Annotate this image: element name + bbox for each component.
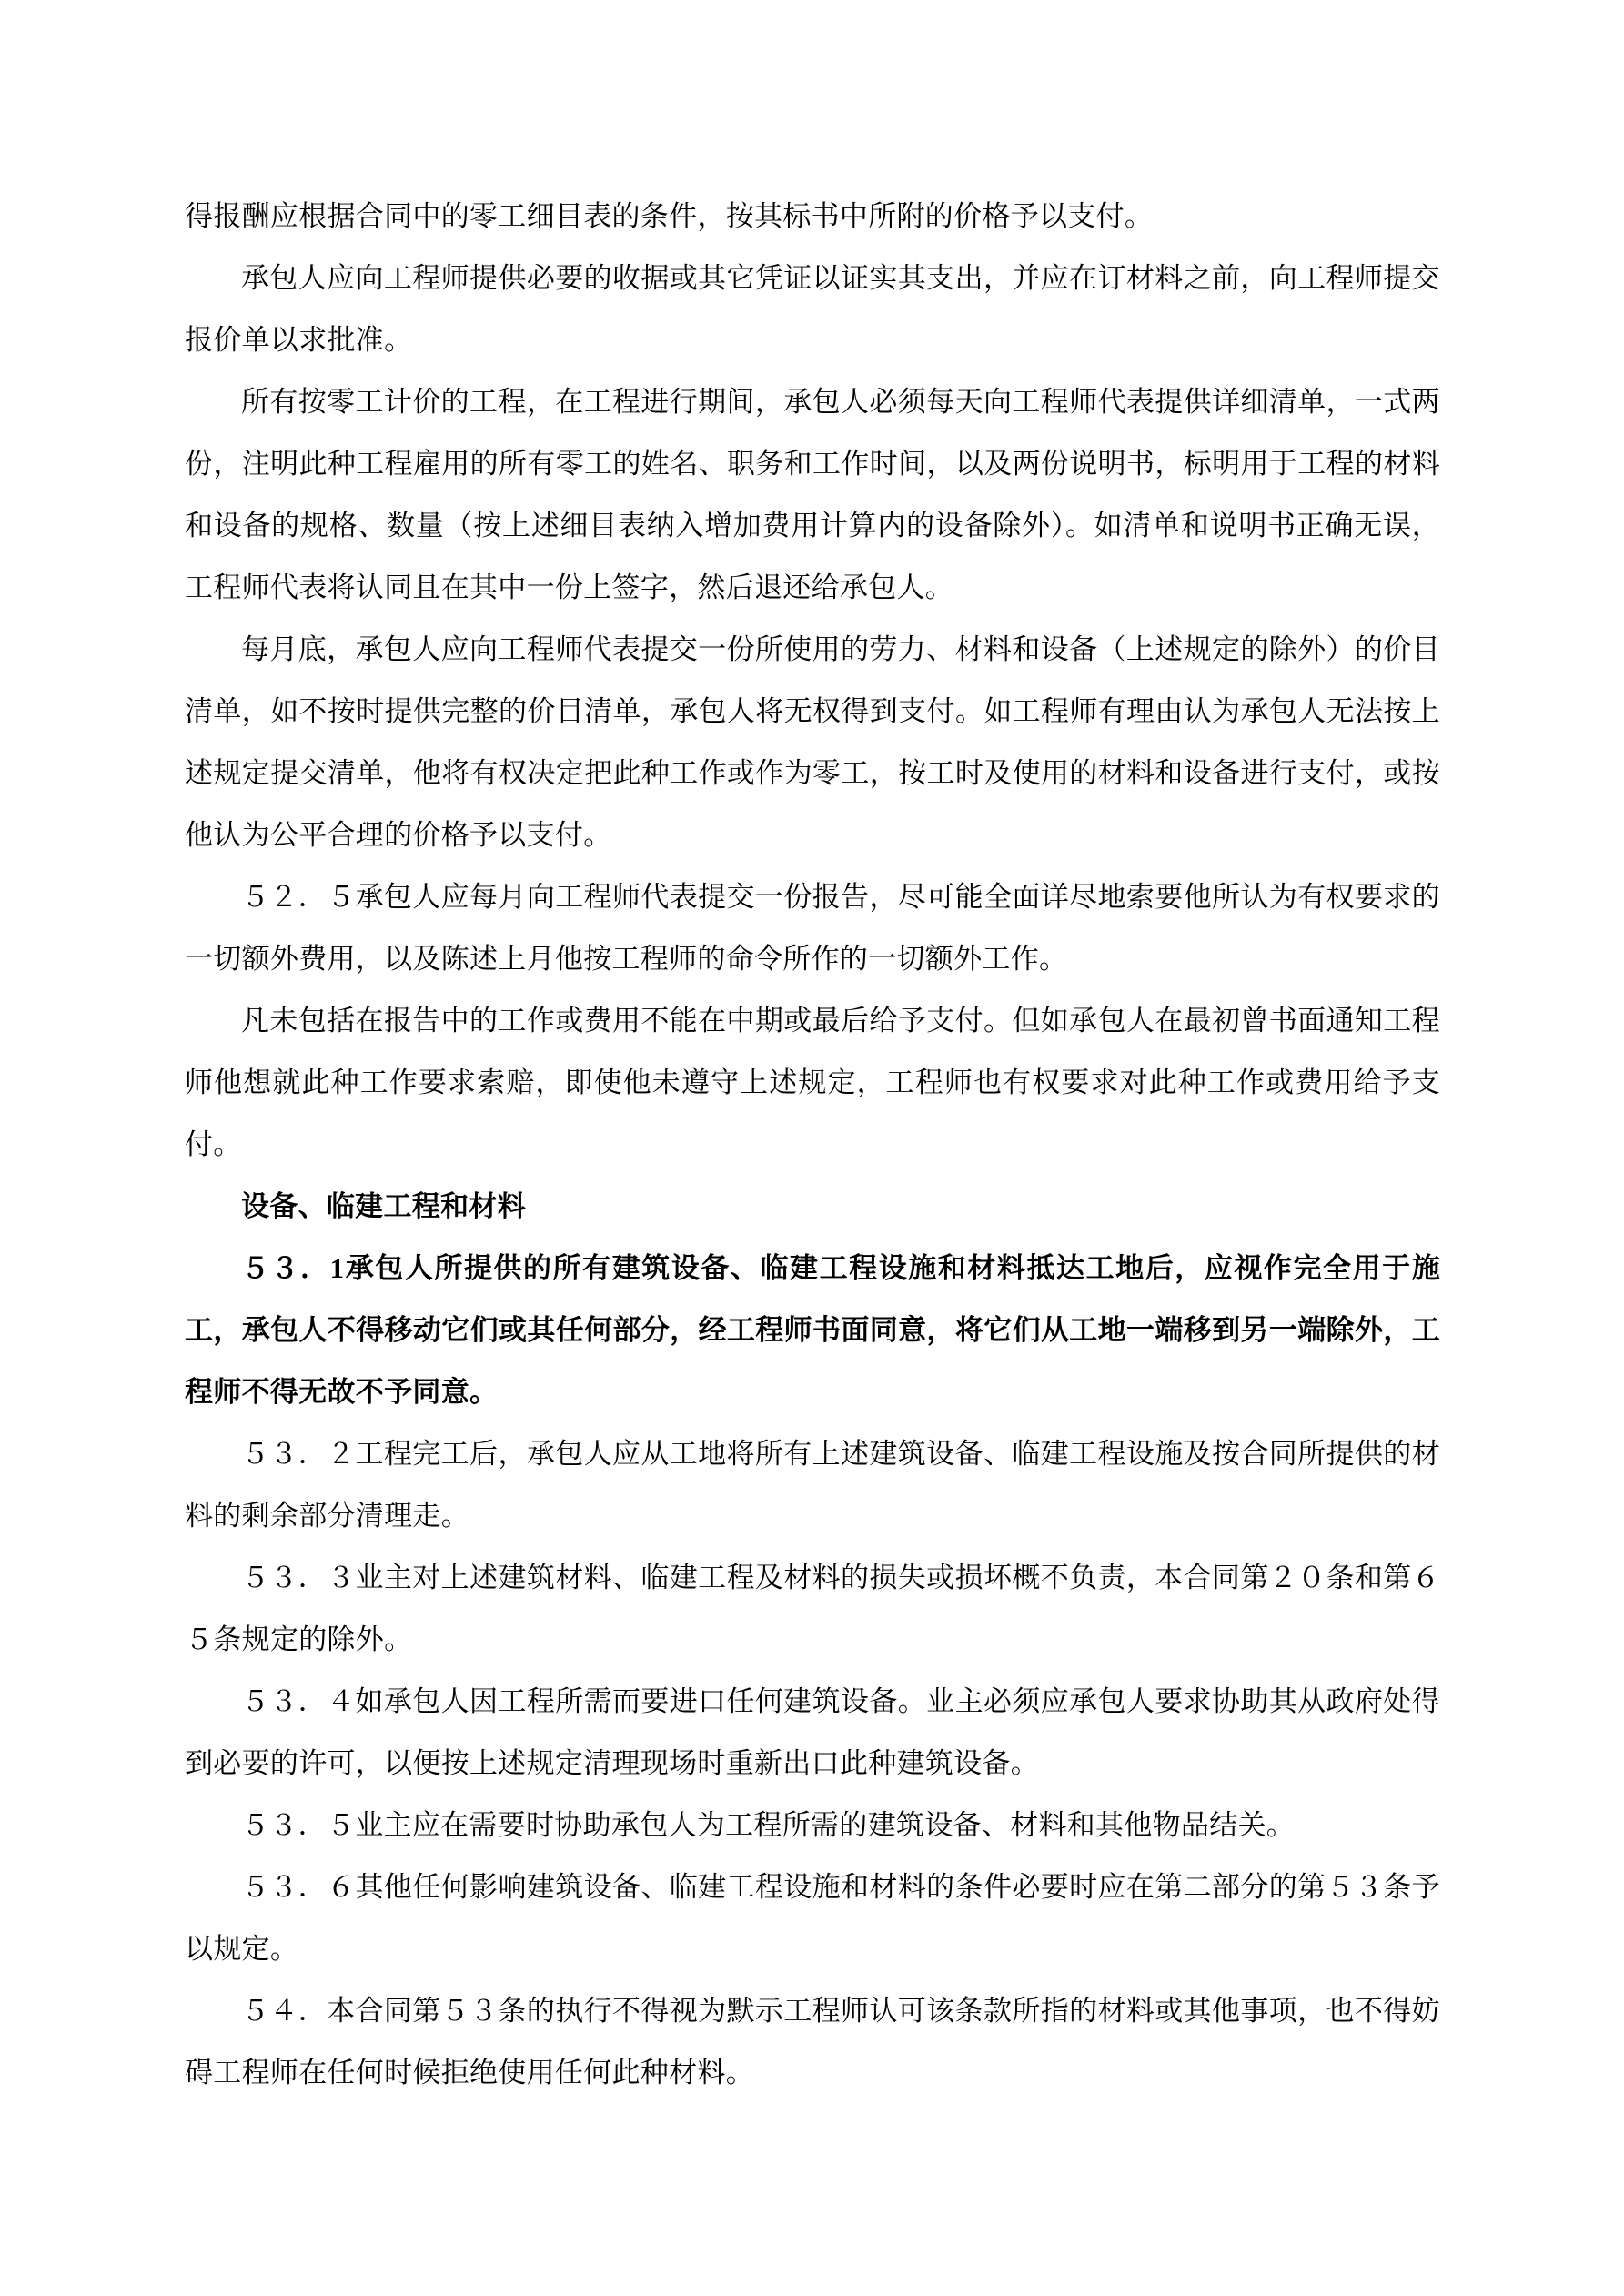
paragraph: ５３．５业主应在需要时协助承包人为工程所需的建筑设备、材料和其他物品结关。 [185,1795,1440,1856]
paragraph: ５３．２工程完工后，承包人应从工地将所有上述建筑设备、临建工程设施及按合同所提供… [185,1423,1440,1547]
paragraph: ５３．６其他任何影响建筑设备、临建工程设施和材料的条件必要时应在第二部分的第５３… [185,1856,1440,1980]
paragraph: ５２．５承包人应每月向工程师代表提交一份报告，尽可能全面详尽地索要他所认为有权要… [185,866,1440,990]
section-heading: 设备、临建工程和材料 [185,1176,1440,1238]
paragraph: 承包人应向工程师提供必要的收据或其它凭证以证实其支出，并应在订材料之前，向工程师… [185,248,1440,371]
document-body: 得报酬应根据合同中的零工细目表的条件，按其标书中所附的价格予以支付。承包人应向工… [185,186,1440,2104]
paragraph: 每月底，承包人应向工程师代表提交一份所使用的劳力、材料和设备（上述规定的除外）的… [185,619,1440,866]
paragraph: 得报酬应根据合同中的零工细目表的条件，按其标书中所附的价格予以支付。 [185,186,1440,248]
paragraph: ５３．1承包人所提供的所有建筑设备、临建工程设施和材料抵达工地后，应视作完全用于… [185,1238,1440,1423]
document-page: 得报酬应根据合同中的零工细目表的条件，按其标书中所附的价格予以支付。承包人应向工… [0,0,1624,2296]
paragraph: ５３．４如承包人因工程所需而要进口任何建筑设备。业主必须应承包人要求协助其从政府… [185,1671,1440,1795]
paragraph: ５３．３业主对上述建筑材料、临建工程及材料的损失或损坏概不负责，本合同第２０条和… [185,1547,1440,1671]
paragraph: 凡未包括在报告中的工作或费用不能在中期或最后给予支付。但如承包人在最初曾书面通知… [185,990,1440,1176]
paragraph: 所有按零工计价的工程，在工程进行期间，承包人必须每天向工程师代表提供详细清单，一… [185,371,1440,619]
paragraph: ５４．本合同第５３条的执行不得视为默示工程师认可该条款所指的材料或其他事项，也不… [185,1980,1440,2104]
